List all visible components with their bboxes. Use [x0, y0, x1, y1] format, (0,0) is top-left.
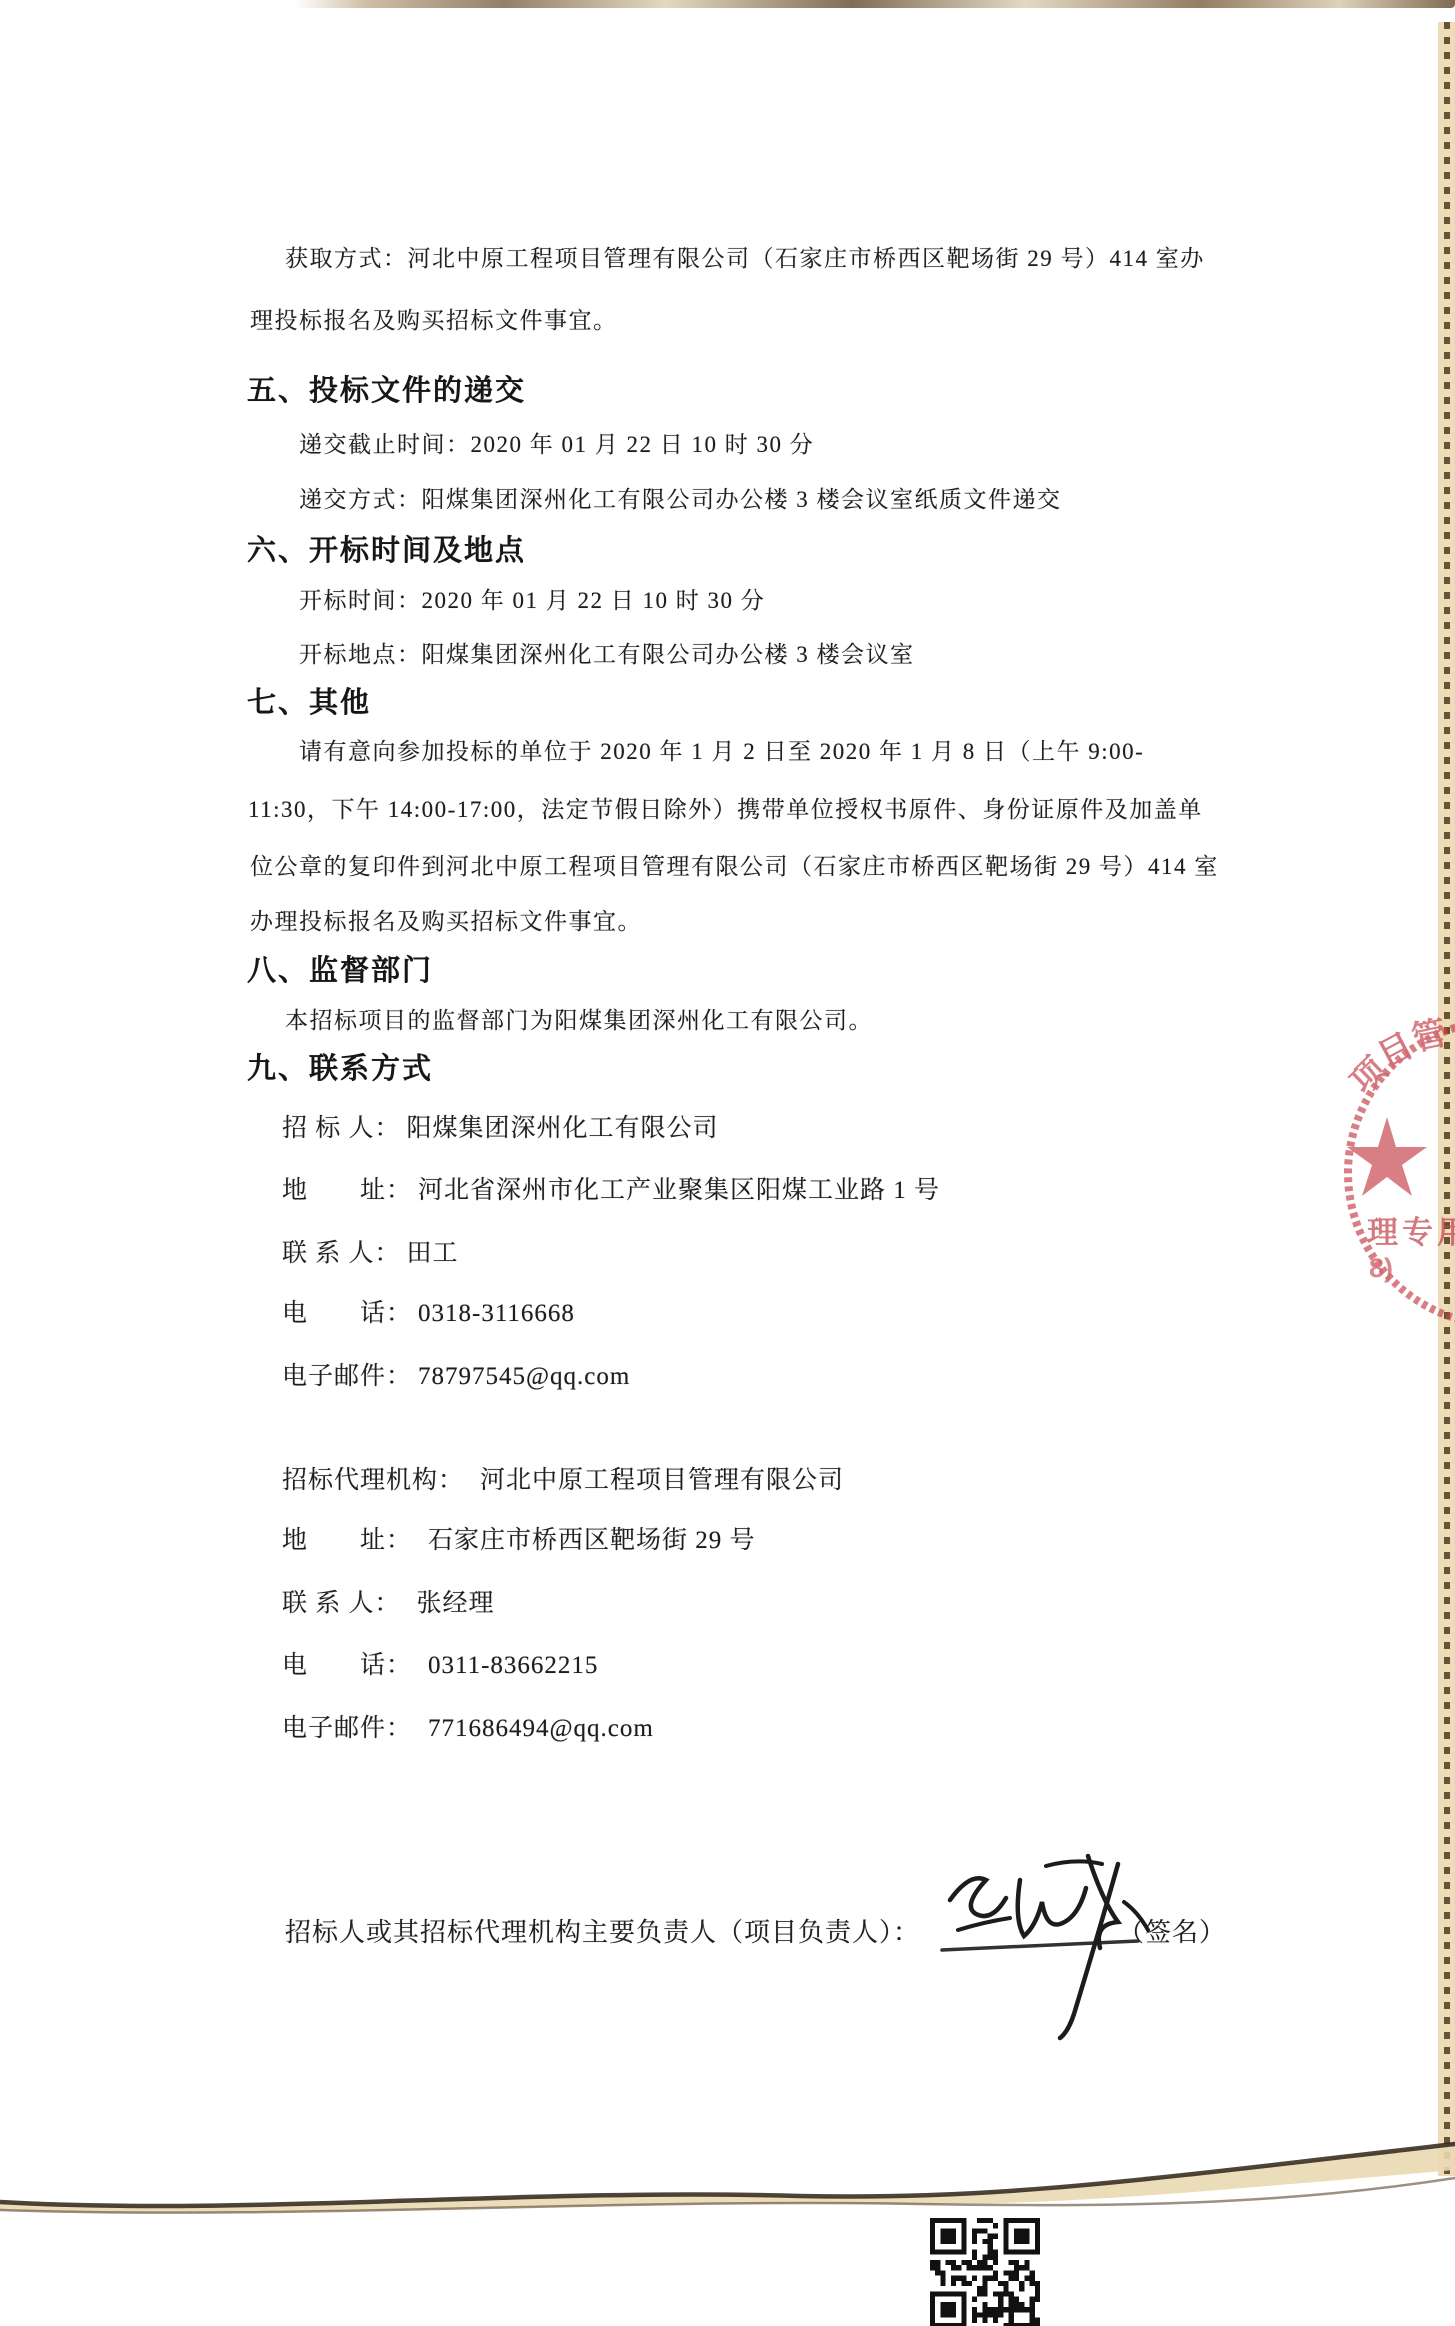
submission-deadline-line: 递交截止时间：2020 年 01 月 22 日 10 时 30 分: [299, 426, 814, 459]
seal-bottom-partial: 8): [1369, 1253, 1393, 1283]
agent-contact-row: 联 系 人：张经理: [282, 1583, 495, 1619]
other-info-line-4: 办理投标报名及购买招标文件事宜。: [250, 903, 642, 936]
other-info-line-3: 位公章的复印件到河北中原工程项目管理有限公司（石家庄市桥西区靶场街 29 号）4…: [250, 848, 1219, 881]
scanned-tender-document-page: 获取方式：河北中原工程项目管理有限公司（石家庄市桥西区靶场街 29 号）414 …: [0, 0, 1455, 2326]
bid-opening-time-line: 开标时间：2020 年 01 月 22 日 10 时 30 分: [299, 582, 765, 615]
section-6-heading: 六、开标时间及地点: [247, 528, 526, 569]
tenderer-phone-row: 电 话：0318-3116668: [282, 1293, 575, 1329]
signature-line-prefix: 招标人或其招标代理机构主要负责人（项目负责人）：: [285, 1912, 920, 1949]
section-9-heading: 九、联系方式: [247, 1046, 433, 1087]
agent-contact-label: 联 系 人：: [282, 1590, 401, 1617]
scan-bottom-paper-edge: [0, 2140, 1455, 2230]
agent-email-label: 电子邮件：: [282, 1715, 412, 1742]
bottom-edge-graphic: [0, 2140, 1455, 2230]
agent-contact-value: 张经理: [417, 1590, 495, 1617]
tenderer-email-label: 电子邮件：: [282, 1363, 412, 1390]
seal-graphic: 项 目 管 理专用 8): [1315, 1005, 1455, 1325]
tenderer-email-row: 电子邮件：78797545@qq.com: [282, 1356, 630, 1392]
seal-arc-char-1: 项: [1343, 1050, 1395, 1102]
section-8-heading: 八、监督部门: [247, 948, 433, 989]
tenderer-name-label: 招 标 人：: [282, 1115, 401, 1142]
tenderer-contact-value: 田工: [407, 1240, 459, 1267]
tenderer-address-value: 河北省深州市化工产业聚集区阳煤工业路 1 号: [418, 1177, 940, 1204]
tenderer-phone-value: 0318-3116668: [418, 1300, 575, 1327]
section-5-heading: 五、投标文件的递交: [247, 368, 526, 409]
red-project-management-seal: 项 目 管 理专用 8): [1315, 1005, 1455, 1325]
agent-address-label: 地 址：: [282, 1527, 412, 1554]
bid-opening-place-line: 开标地点：阳煤集团深州化工有限公司办公楼 3 楼会议室: [299, 636, 915, 669]
other-info-line-2: 11:30，下午 14:00-17:00，法定节假日除外）携带单位授权书原件、身…: [248, 791, 1203, 824]
tenderer-name-value: 阳煤集团深州化工有限公司: [407, 1115, 719, 1142]
signature-line-suffix: （签名）: [1118, 1912, 1226, 1949]
tenderer-contact-row: 联 系 人：田工: [282, 1233, 459, 1269]
seal-arc-char-2: 目: [1372, 1026, 1420, 1076]
tenderer-contact-label: 联 系 人：: [282, 1240, 401, 1267]
agent-email-value: 771686494@qq.com: [428, 1715, 654, 1742]
agent-phone-value: 0311-83662215: [428, 1652, 598, 1679]
scan-top-paper-edge: [295, 0, 1455, 8]
agent-phone-row: 电 话：0311-83662215: [282, 1645, 598, 1681]
section-7-heading: 七、其他: [247, 680, 371, 721]
qr-code: [930, 2218, 1042, 2326]
pickup-method-line-1: 获取方式：河北中原工程项目管理有限公司（石家庄市桥西区靶场街 29 号）414 …: [285, 240, 1205, 273]
pickup-method-line-2: 理投标报名及购买招标文件事宜。: [250, 302, 618, 335]
agent-email-row: 电子邮件：771686494@qq.com: [282, 1708, 654, 1744]
agent-name-value: 河北中原工程项目管理有限公司: [480, 1467, 844, 1494]
tenderer-address-label: 地 址：: [282, 1177, 412, 1204]
tenderer-address-row: 地 址：河北省深州市化工产业聚集区阳煤工业路 1 号: [282, 1170, 940, 1206]
page-edge-perforation: [1438, 22, 1455, 2176]
other-info-line-1: 请有意向参加投标的单位于 2020 年 1 月 2 日至 2020 年 1 月 …: [299, 733, 1144, 766]
tenderer-name-row: 招 标 人：阳煤集团深州化工有限公司: [282, 1108, 719, 1144]
seal-star: [1347, 1117, 1427, 1196]
agent-name-row: 招标代理机构：河北中原工程项目管理有限公司: [282, 1460, 844, 1496]
agent-phone-label: 电 话：: [282, 1652, 412, 1679]
submission-method-line: 递交方式：阳煤集团深州化工有限公司办公楼 3 楼会议室纸质文件递交: [299, 481, 1062, 514]
agent-address-row: 地 址：石家庄市桥西区靶场街 29 号: [282, 1520, 756, 1556]
agent-name-label: 招标代理机构：: [282, 1467, 464, 1494]
supervision-dept-line: 本招标项目的监督部门为阳煤集团深州化工有限公司。: [285, 1002, 873, 1035]
agent-address-value: 石家庄市桥西区靶场街 29 号: [428, 1527, 756, 1554]
tenderer-phone-label: 电 话：: [282, 1300, 412, 1327]
tenderer-email-value: 78797545@qq.com: [418, 1363, 630, 1390]
qr-code-graphic: [930, 2218, 1040, 2326]
